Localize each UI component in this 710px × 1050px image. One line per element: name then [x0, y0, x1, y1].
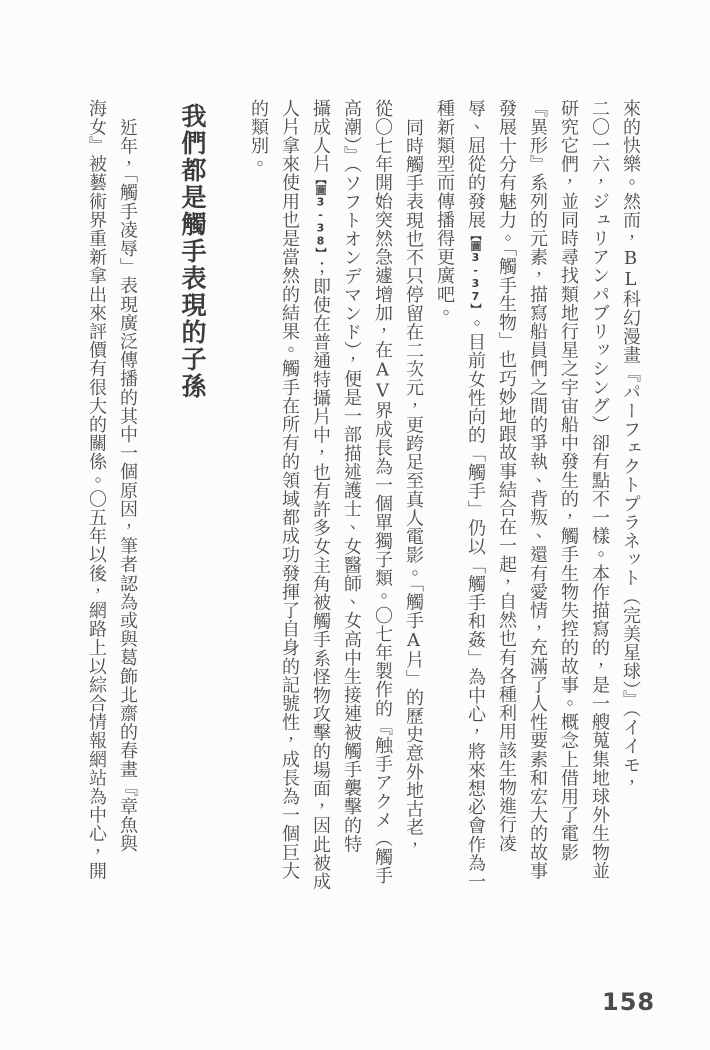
text-column: 高潮）』（ソフトオンデマンド），便是一部描述護士、女醫師、女高中生接連被觸手襲擊…	[336, 99, 367, 915]
text-column: 種新類型而傳播得更廣吧。	[429, 99, 460, 915]
text-column: 攝成人片【圖3-38】；即使在普通特攝片中，也有許多女主角被觸手系怪物攻擊的場面…	[305, 99, 336, 915]
text-column: 辱、屈從的發展【圖3-37】。目前女性向的「觸手」仍以「觸手和姦」為中心，將來想…	[460, 99, 491, 915]
text-column: 的類別。	[243, 99, 274, 915]
text-column: 從〇七年開始突然急遽增加，在AV界成長為一個單獨子類。〇七年製作的『触手アクメ（…	[367, 99, 398, 915]
section-heading: 我們都是觸手表現的子孫	[171, 99, 213, 915]
text-block: 來的快樂。然而，BL科幻漫畫『パーフェクトプラネット（完美星球）』（イイモ， 二…	[81, 99, 646, 915]
text-column: 研究它們，並同時尋找類地行星之宇宙船中發生的，觸手生物失控的故事。概念上借用了電…	[553, 99, 584, 915]
text-column: 來的快樂。然而，BL科幻漫畫『パーフェクトプラネット（完美星球）』（イイモ，	[615, 99, 646, 915]
page-number: 158	[602, 988, 655, 1016]
text-column-paragraph-start: 同時觸手表現也不只停留在二次元，更跨足至真人電影。「觸手A片」的歷史意外地古老，	[398, 99, 429, 915]
figure-reference: 【圖3-37】	[469, 229, 482, 314]
text-column: 二〇一六，ジュリアンパブリッシング）卻有點不一樣。本作描寫的，是一艘蒐集地球外生…	[584, 99, 615, 915]
text-column-paragraph-start: 近年，「觸手凌辱」表現廣泛傳播的其中一個原因，筆者認為或與葛飾北齋的春畫『章魚與	[112, 99, 143, 915]
book-page: 來的快樂。然而，BL科幻漫畫『パーフェクトプラネット（完美星球）』（イイモ， 二…	[0, 0, 710, 1050]
text-column: 『異形』系列的元素，描寫船員們之間的爭執、背叛、還有愛情，充滿了人性要素和宏大的…	[522, 99, 553, 915]
text-column: 發展十分有魅力。「觸手生物」也巧妙地跟故事結合在一起，自然也有各種利用該生物進行…	[491, 99, 522, 915]
text-column: 人片拿來使用也是當然的結果。觸手在所有的領域都成功發揮了自身的記號性，成長為一個…	[274, 99, 305, 915]
figure-reference: 【圖3-38】	[314, 173, 327, 258]
text-column: 海女』被藝術界重新拿出來評價有很大的關係。〇五年以後，網路上以綜合情報網站為中心…	[81, 99, 112, 915]
